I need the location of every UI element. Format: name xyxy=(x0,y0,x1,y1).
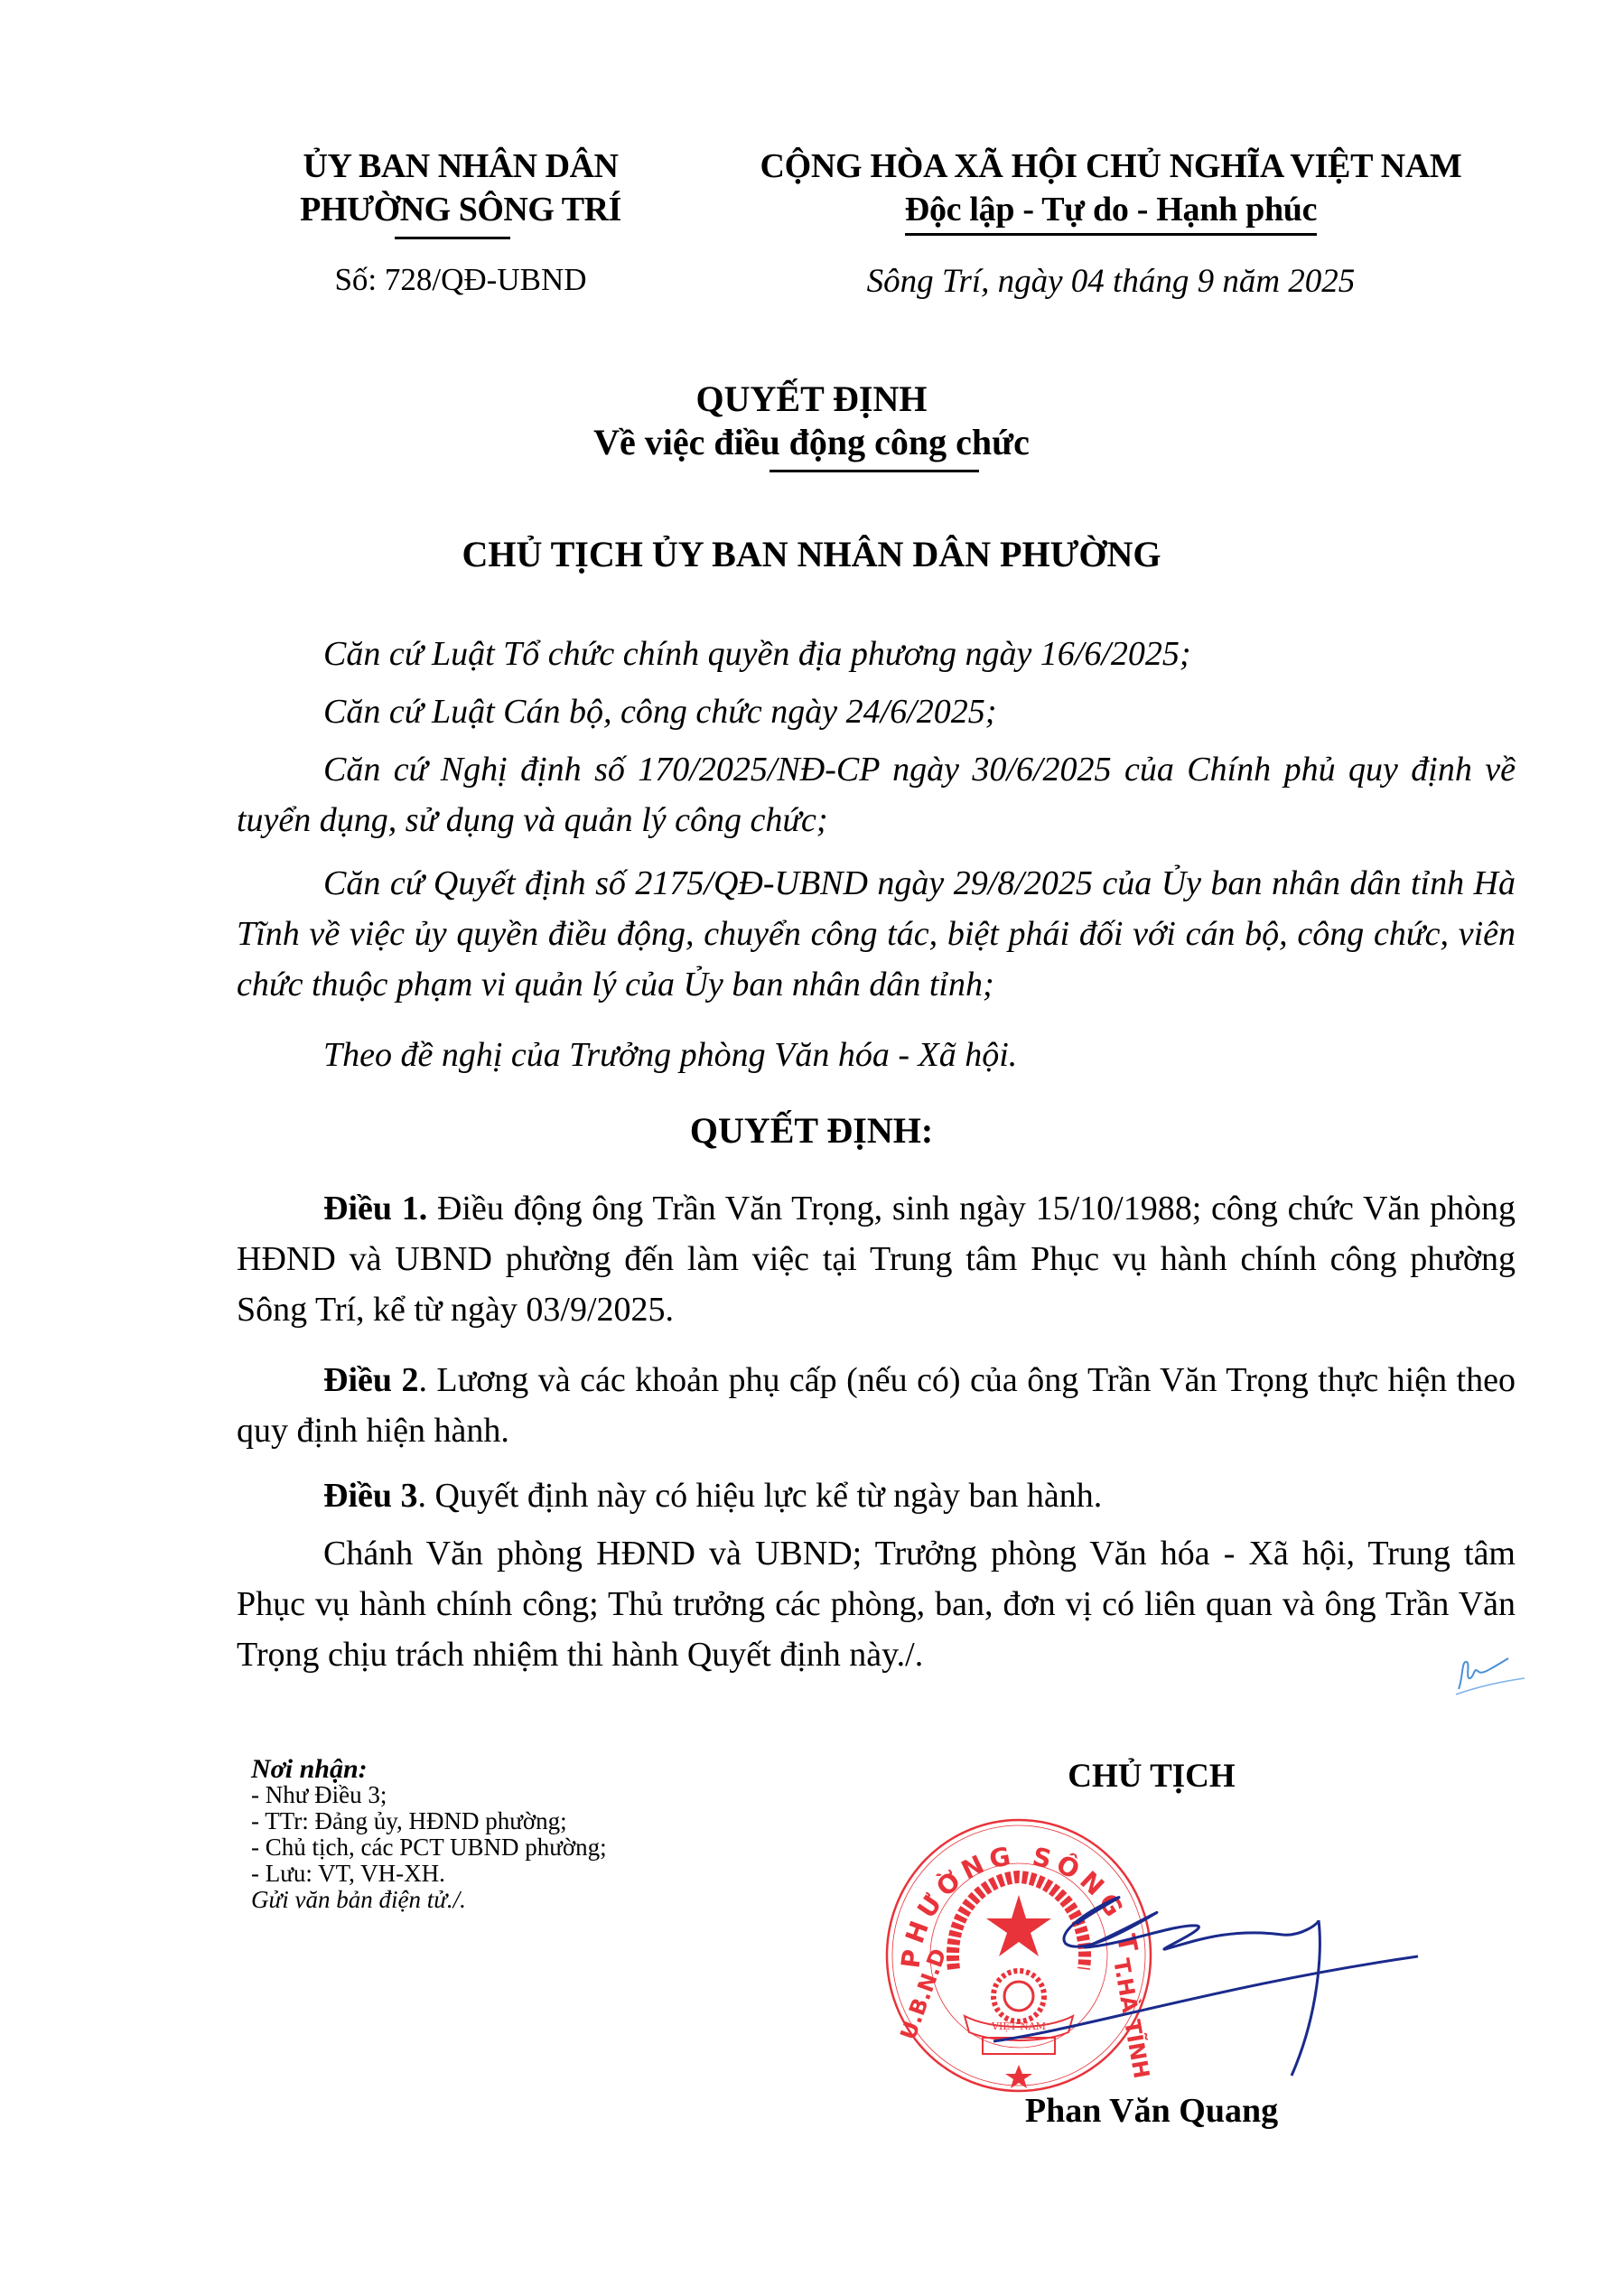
initial-signature-icon xyxy=(1454,1651,1526,1696)
recipient-item: - Như Điều 3; xyxy=(251,1782,721,1808)
legal-basis-1: Căn cứ Luật Tổ chức chính quyền địa phươ… xyxy=(237,629,1516,679)
recipients-block: Nơi nhận: - Như Điều 3; - TTr: Đảng ủy, … xyxy=(251,1756,721,1913)
document-type: QUYẾT ĐỊNH xyxy=(0,378,1623,420)
article-1: Điều 1. Điều động ông Trần Văn Trọng, si… xyxy=(237,1183,1516,1335)
nation-line-1: CỘNG HÒA XÃ HỘI CHỦ NGHĨA VIỆT NAM xyxy=(714,145,1508,188)
national-motto: Độc lập - Tự do - Hạnh phúc xyxy=(905,188,1317,236)
legal-basis-2: Căn cứ Luật Cán bộ, công chức ngày 24/6/… xyxy=(237,686,1516,737)
article-1-label: Điều 1. xyxy=(323,1190,427,1227)
document-number: Số: 728/QĐ-UBND xyxy=(262,262,659,298)
recipient-item: - TTr: Đảng ủy, HĐND phường; xyxy=(251,1808,721,1834)
article-1-text: Điều động ông Trần Văn Trọng, sinh ngày … xyxy=(237,1190,1516,1329)
legal-basis-3: Căn cứ Nghị định số 170/2025/NĐ-CP ngày … xyxy=(237,744,1516,845)
execution-clause: Chánh Văn phòng HĐND và UBND; Trưởng phò… xyxy=(237,1528,1516,1680)
article-3: Điều 3. Quyết định này có hiệu lực kể từ… xyxy=(237,1470,1516,1521)
article-3-text: . Quyết định này có hiệu lực kể từ ngày … xyxy=(418,1477,1103,1515)
issuing-authority: CHỦ TỊCH ỦY BAN NHÂN DÂN PHƯỜNG xyxy=(0,533,1623,575)
agency-line-2: PHƯỜNG SÔNG TRÍ xyxy=(262,188,659,231)
article-2: Điều 2. Lương và các khoản phụ cấp (nếu … xyxy=(237,1355,1516,1456)
issuing-agency: ỦY BAN NHÂN DÂN PHƯỜNG SÔNG TRÍ xyxy=(262,145,659,231)
agency-line-1: ỦY BAN NHÂN DÂN xyxy=(262,145,659,188)
legal-basis-5: Theo đề nghị của Trưởng phòng Văn hóa - … xyxy=(237,1030,1516,1080)
signer-title: CHỦ TỊCH xyxy=(975,1757,1328,1796)
recipient-item: - Lưu: VT, VH-XH. xyxy=(251,1861,721,1887)
recipients-footer: Gửi văn bản điện tử./. xyxy=(251,1887,721,1913)
legal-basis-4: Căn cứ Quyết định số 2175/QĐ-UBND ngày 2… xyxy=(237,858,1516,1010)
article-2-text: . Lương và các khoản phụ cấp (nếu có) củ… xyxy=(237,1361,1516,1450)
decision-heading: QUYẾT ĐỊNH: xyxy=(0,1109,1623,1152)
place-and-date: Sông Trí, ngày 04 tháng 9 năm 2025 xyxy=(714,262,1508,301)
handwritten-signature-icon xyxy=(993,1870,1418,2095)
subject-divider xyxy=(770,470,979,472)
recipient-item: - Chủ tịch, các PCT UBND phường; xyxy=(251,1834,721,1861)
recipients-heading: Nơi nhận: xyxy=(251,1756,721,1782)
national-title: CỘNG HÒA XÃ HỘI CHỦ NGHĨA VIỆT NAM Độc l… xyxy=(714,145,1508,236)
article-3-label: Điều 3 xyxy=(323,1477,418,1515)
signer-name: Phan Văn Quang xyxy=(975,2091,1328,2131)
article-2-label: Điều 2 xyxy=(323,1361,418,1399)
agency-divider xyxy=(395,237,510,239)
document-subject: Về việc điều động công chức xyxy=(0,421,1623,463)
